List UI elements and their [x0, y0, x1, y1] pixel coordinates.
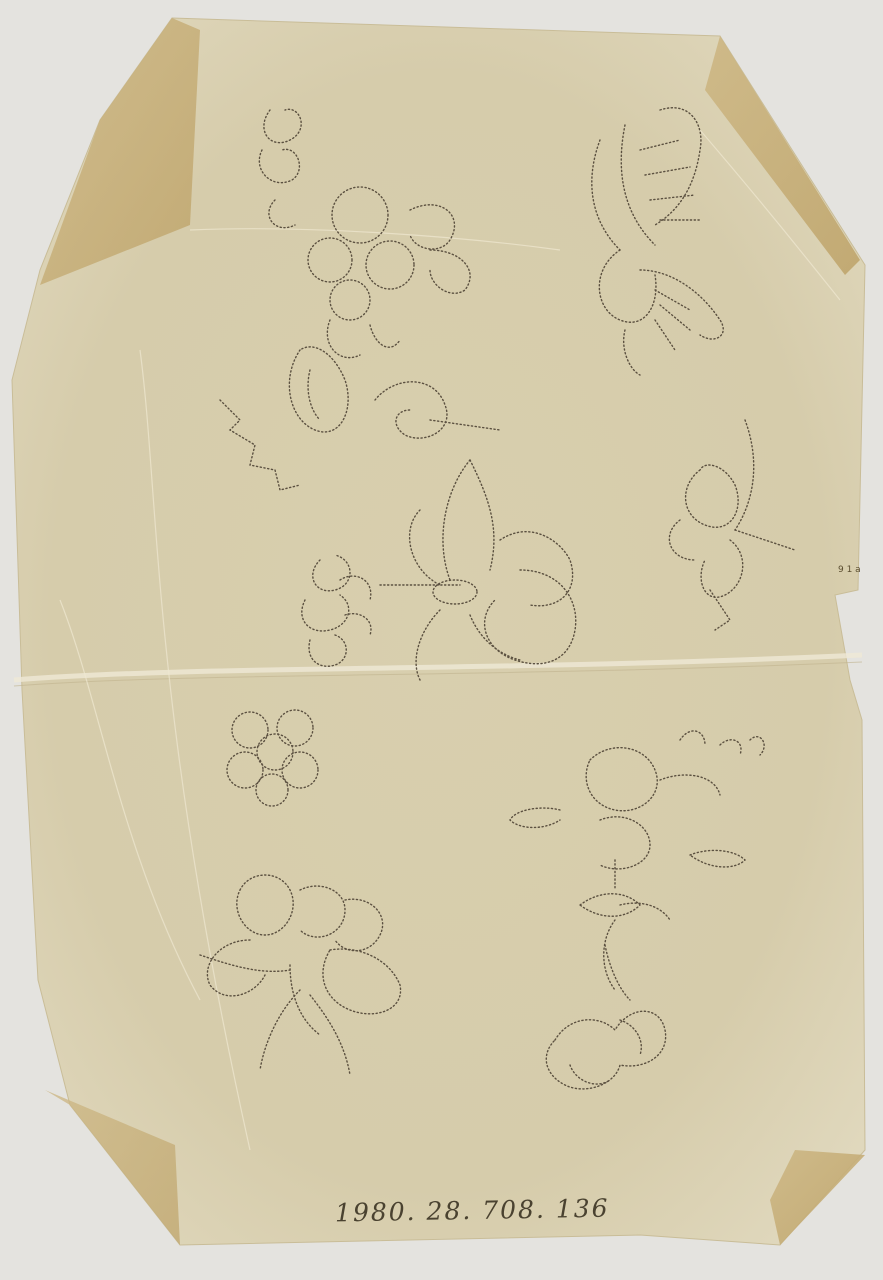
accession-number: 1980. 28. 708. 136: [335, 1194, 610, 1228]
paper-artwork: [0, 0, 883, 1280]
scanned-pattern-sheet: 9 1 a 1980. 28. 708. 136: [0, 0, 883, 1280]
margin-mark: 9 1 a: [838, 565, 861, 575]
